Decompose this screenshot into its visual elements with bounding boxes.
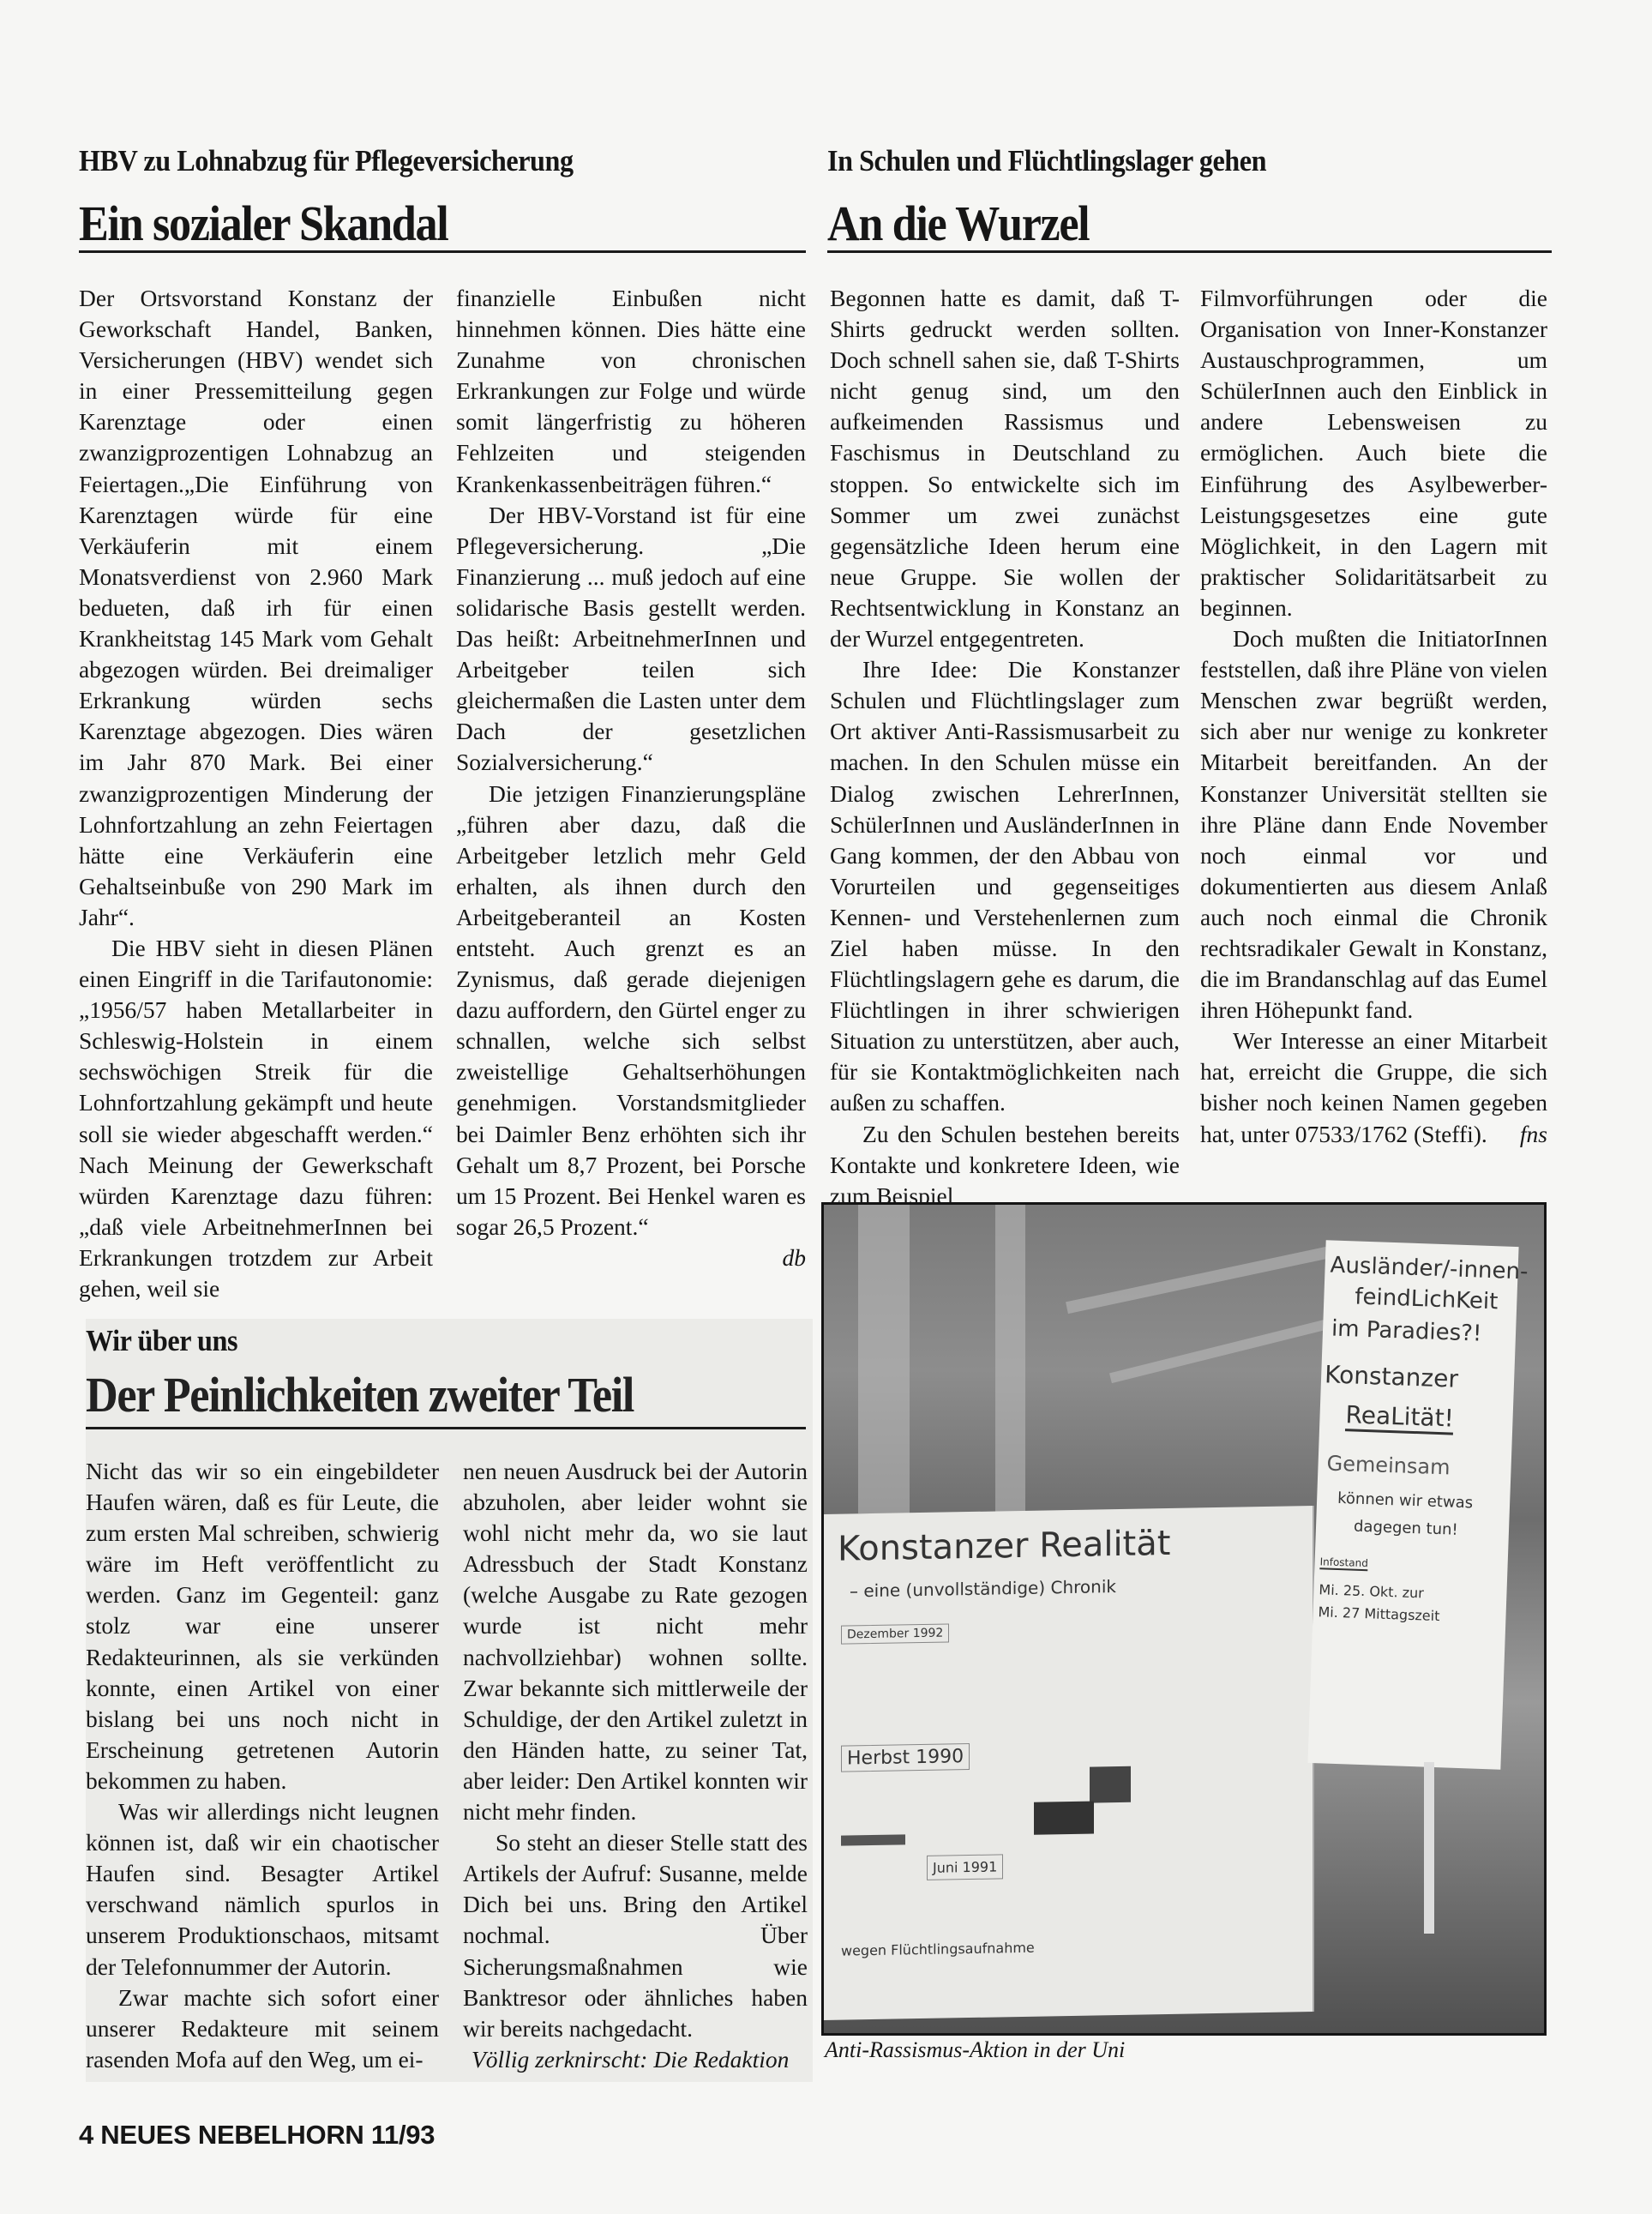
poster-line: im Paradies?!: [1331, 1316, 1482, 1347]
poster-chronik: Konstanzer Realität – eine (unvollständi…: [824, 1506, 1314, 2020]
poster-line: Mi. 27 Mittagszeit: [1318, 1603, 1439, 1624]
poster-clipping: [841, 1834, 905, 1845]
paragraph: nen neuen Ausdruck bei der Autorin abzuh…: [463, 1456, 808, 1827]
paragraph: Der Ortsvorstand Konstanz der Geworkscha…: [79, 283, 433, 933]
paragraph: Zwar machte sich sofort einer unserer Re…: [86, 1982, 439, 2075]
poster-line: Infostand: [1319, 1555, 1368, 1571]
poster-label: Juni 1991: [927, 1854, 1003, 1880]
headline-rule: [79, 250, 806, 253]
poster-line: feindLichKeit: [1355, 1284, 1499, 1315]
author-signature: db: [456, 1242, 806, 1273]
poster-label: Herbst 1990: [841, 1743, 970, 1772]
photo-beam: [1066, 1245, 1337, 1314]
article-column-2: Filmvorführungen oder die Organisation v…: [1200, 283, 1547, 1150]
photo-caption: Anti-Rassismus-Aktion in der Uni: [825, 2037, 1125, 2063]
paragraph: Doch mußten die InitiatorInnen feststell…: [1200, 623, 1547, 1026]
paragraph: Ihre Idee: Die Konstanzer Schulen und Fl…: [830, 654, 1180, 1118]
poster-label: wegen Flüchtlingsaufnahme: [841, 1940, 1035, 1959]
paragraph: Der HBV-Vorstand ist für eine Pflegevers…: [456, 500, 806, 779]
headline-rule: [827, 250, 1552, 253]
page-footer: 4 NEUES NEBELHORN 11/93: [79, 2120, 435, 2151]
article-column-1: Begonnen hatte es damit, daß T-Shirts ge…: [830, 283, 1180, 1212]
article-kicker: In Schulen und Flüchtlingslager gehen: [827, 144, 1266, 178]
poster-line: ReaLität!: [1345, 1400, 1454, 1435]
poster-line: Gemeinsam: [1326, 1451, 1451, 1479]
photo-anti-rassismus: Konstanzer Realität – eine (unvollständi…: [821, 1202, 1547, 2036]
headline-rule: [86, 1427, 806, 1429]
paragraph: Begonnen hatte es damit, daß T-Shirts ge…: [830, 283, 1180, 654]
article-column-1: Der Ortsvorstand Konstanz der Geworkscha…: [79, 283, 433, 1304]
poster-line: Mi. 25. Okt. zur: [1319, 1581, 1424, 1601]
poster-line: können wir etwas: [1337, 1489, 1474, 1512]
article-column-2: finanzielle Einbußen nicht hinnehmen kön…: [456, 283, 806, 1273]
photo-window: [858, 1205, 910, 1513]
poster-title: Konstanzer Realität: [838, 1524, 1170, 1569]
paragraph: Filmvorführungen oder die Organisation v…: [1200, 283, 1547, 623]
paragraph: So steht an dieser Stelle statt des Arti…: [463, 1827, 808, 2044]
poster-stand: [1424, 1762, 1434, 1934]
paragraph: Die HBV sieht in diesen Plänen einen Ein…: [79, 933, 433, 1304]
paragraph: Was wir allerdings nicht leugnen können …: [86, 1796, 439, 1982]
paragraph: Nicht das wir so ein eingebildeter Haufe…: [86, 1456, 439, 1796]
paragraph: Die jetzigen Finanzierungspläne „führen …: [456, 779, 806, 1242]
paragraph: finanzielle Einbußen nicht hinnehmen kön…: [456, 283, 806, 500]
article-headline: Der Peinlichkeiten zweiter Teil: [86, 1369, 634, 1422]
author-signature: Völlig zerknirscht: Die Redaktion: [463, 2044, 808, 2075]
article-column-2: nen neuen Ausdruck bei der Autorin abzuh…: [463, 1456, 808, 2075]
poster-auslaenderfeindlichkeit: Ausländer/-innen- feindLichKeit im Parad…: [1307, 1240, 1518, 1769]
article-wir-ueber-uns: Wir über uns Der Peinlichkeiten zweiter …: [86, 1319, 813, 2082]
article-kicker: Wir über uns: [86, 1324, 237, 1358]
article-headline: An die Wurzel: [827, 197, 1089, 250]
poster-line: dagegen tun!: [1354, 1518, 1458, 1539]
poster-line: Ausländer/-innen-: [1330, 1252, 1529, 1284]
article-headline: Ein sozialer Skandal: [79, 197, 448, 250]
poster-line: Konstanzer: [1325, 1360, 1459, 1393]
poster-photo: [1090, 1766, 1131, 1803]
poster-subtitle: – eine (unvollständige) Chronik: [850, 1576, 1116, 1601]
poster-label: Dezember 1992: [841, 1623, 949, 1644]
article-kicker: HBV zu Lohnabzug für Pflegeversicherung: [79, 144, 574, 178]
poster-photo: [1034, 1801, 1094, 1834]
paragraph: Zu den Schulen bestehen bereits Kontakte…: [830, 1119, 1180, 1212]
photo-window: [995, 1205, 1025, 1513]
article-column-1: Nicht das wir so ein eingebildeter Haufe…: [86, 1456, 439, 2075]
